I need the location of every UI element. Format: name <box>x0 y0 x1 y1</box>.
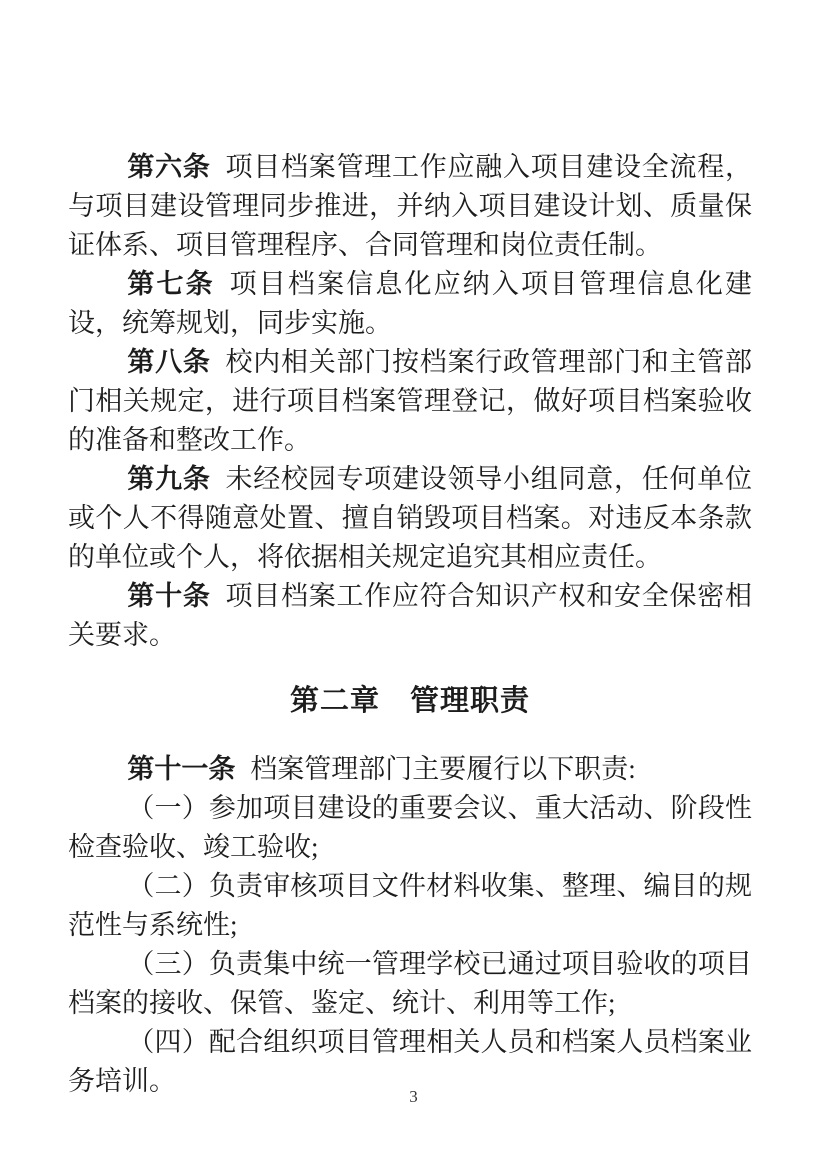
article-7-label: 第七条 <box>127 269 214 299</box>
article-11-text: 档案管理部门主要履行以下职责: <box>250 754 636 784</box>
page-number: 3 <box>0 1087 827 1107</box>
article-6-label: 第六条 <box>127 152 210 182</box>
duty-item-1: （一）参加项目建设的重要会议、重大活动、阶段性检查验收、竣工验收; <box>68 789 752 867</box>
article-9-label: 第九条 <box>127 464 210 494</box>
article-6-paragraph: 第六条项目档案管理工作应融入项目建设全流程，与项目建设管理同步推进，并纳入项目建… <box>68 148 752 265</box>
chapter-heading: 第二章 管理职责 <box>68 682 752 721</box>
article-8-paragraph: 第八条校内相关部门按档案行政管理部门和主管部门相关规定，进行项目档案管理登记，做… <box>68 343 752 460</box>
duty-item-2: （二）负责审核项目文件材料收集、整理、编目的规范性与系统性; <box>68 867 752 945</box>
duty-item-3: （三）负责集中统一管理学校已通过项目验收的项目档案的接收、保管、鉴定、统计、利用… <box>68 945 752 1023</box>
article-11-paragraph: 第十一条档案管理部门主要履行以下职责: <box>68 750 752 789</box>
article-10-paragraph: 第十条项目档案工作应符合知识产权和安全保密相关要求。 <box>68 577 752 655</box>
article-8-label: 第八条 <box>127 347 210 377</box>
article-11-label: 第十一条 <box>127 754 235 784</box>
article-10-label: 第十条 <box>127 581 210 611</box>
document-content: 第六条项目档案管理工作应融入项目建设全流程，与项目建设管理同步推进，并纳入项目建… <box>68 148 752 1101</box>
article-9-paragraph: 第九条未经校园专项建设领导小组同意，任何单位或个人不得随意处置、擅自销毁项目档案… <box>68 460 752 577</box>
article-7-paragraph: 第七条项目档案信息化应纳入项目管理信息化建设，统筹规划，同步实施。 <box>68 265 752 343</box>
document-page: 第六条项目档案管理工作应融入项目建设全流程，与项目建设管理同步推进，并纳入项目建… <box>0 0 827 1169</box>
